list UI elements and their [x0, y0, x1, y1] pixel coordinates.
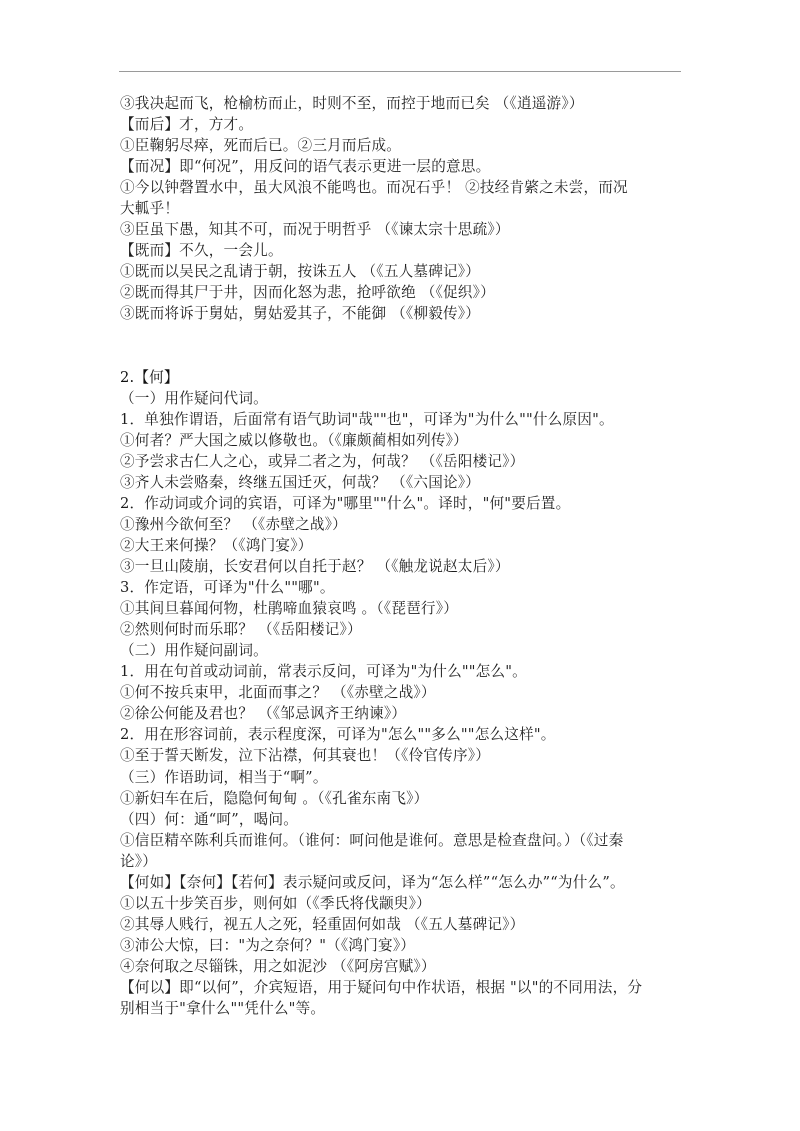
- text-line: 论》）: [120, 851, 682, 872]
- text-line: ①以五十步笑百步，则何如（《季氏将伐颛臾》）: [120, 893, 682, 914]
- subsection-heading: （三）作语助词，相当于“啊”。: [120, 767, 682, 788]
- text-line: ①今以钟磬置水中，虽大风浪不能鸣也。而况石乎！ ②技经肯綮之未尝，而况: [120, 177, 682, 198]
- text-line: ①何者？严大国之威以修敬也。（《廉颇蔺相如列传》）: [120, 430, 682, 451]
- text-line: ③臣虽下愚，知其不可，而况于明哲乎 （《谏太宗十思疏》）: [120, 219, 682, 240]
- subsection-heading: （四）何：通“呵”，喝问。: [120, 809, 682, 830]
- text-line: ①臣鞠躬尽瘁，死而后已。②三月而后成。: [120, 135, 682, 156]
- text-line: 1．单独作谓语，后面常有语气助词"哉""也"，可译为"为什么""什么原因"。: [120, 409, 682, 430]
- text-line: ④奈何取之尽锱铢，用之如泥沙 （《阿房宫赋》）: [120, 956, 682, 977]
- text-line: 3．作定语，可译为"什么""哪"。: [120, 577, 682, 598]
- text-line: ①何不按兵束甲，北面而事之？ （《赤壁之战》）: [120, 682, 682, 703]
- subsection-heading: （二）用作疑问副词。: [120, 640, 682, 661]
- text-line: ②既而得其尸于井，因而化怒为悲，抢呼欲绝 （《促织》）: [120, 282, 682, 303]
- text-line: 别相当于"拿什么""凭什么"等。: [120, 998, 682, 1019]
- term-heading-erhou: 【而后】才，方才。: [120, 114, 682, 135]
- text-line: ①其间旦暮闻何物，杜鹃啼血猿哀鸣 。（《琵琶行》）: [120, 598, 682, 619]
- header-rule: [119, 71, 681, 72]
- subsection-heading: （一）用作疑问代词。: [120, 388, 682, 409]
- text-line: ②其辱人贱行，视五人之死，轻重固何如哉 （《五人墓碑记》）: [120, 914, 682, 935]
- blank-line: [120, 325, 682, 346]
- text-line: ①既而以吴民之乱请于朝，按诛五人 （《五人墓碑记》）: [120, 261, 682, 282]
- text-line: ①新妇车在后，隐隐何甸甸 。（《孔雀东南飞》）: [120, 788, 682, 809]
- text-line: ③一旦山陵崩，长安君何以自托于赵？ （《触龙说赵太后》）: [120, 556, 682, 577]
- text-line: ②然则何时而乐耶？ （《岳阳楼记》）: [120, 619, 682, 640]
- text-line: ③既而将诉于舅姑，舅姑爱其子，不能御 （《柳毅传》）: [120, 303, 682, 324]
- term-heading-jier: 【既而】不久，一会儿。: [120, 240, 682, 261]
- term-heading-erkuang: 【而况】即“何况”，用反问的语气表示更进一层的意思。: [120, 156, 682, 177]
- text-line: ②徐公何能及君也？ （《邹忌讽齐王纳谏》）: [120, 703, 682, 724]
- text-line: ②大王来何操？（《鸿门宴》）: [120, 535, 682, 556]
- text-line: 2．用在形容词前，表示程度深，可译为"怎么""多么""怎么这样"。: [120, 724, 682, 745]
- text-line: 1．用在句首或动词前，常表示反问，可译为"为什么""怎么"。: [120, 661, 682, 682]
- text-line: ③我决起而飞，枪榆枋而止，时则不至，而控于地而已矣 （《逍遥游》）: [120, 93, 682, 114]
- term-heading-heyi: 【何以】即“以何”，介宾短语，用于疑问句中作状语，根据 "以"的不同用法，分: [120, 977, 682, 998]
- document-body: ③我决起而飞，枪榆枋而止，时则不至，而控于地而已矣 （《逍遥游》） 【而后】才，…: [120, 93, 682, 1019]
- term-heading-heru: 【何如】【奈何】【若何】表示疑问或反问，译为“怎么样”“怎么办”“为什么”。: [120, 872, 682, 893]
- text-line: ③沛公大惊，曰："为之奈何？"（《鸿门宴》）: [120, 935, 682, 956]
- text-line: 2．作动词或介词的宾语，可译为"哪里""什么"。译时，"何"要后置。: [120, 493, 682, 514]
- text-line: 大軱乎！: [120, 198, 682, 219]
- blank-line: [120, 346, 682, 367]
- text-line: ①信臣精卒陈利兵而谁何。（谁何：呵问他是谁何。意思是检查盘问。）（《过秦: [120, 830, 682, 851]
- text-line: ①豫州今欲何至？ （《赤壁之战》）: [120, 514, 682, 535]
- text-line: ①至于誓天断发，泣下沾襟，何其衰也！（《伶官传序》）: [120, 745, 682, 766]
- text-line: ③齐人未尝赂秦，终继五国迁灭，何哉？ （《六国论》）: [120, 472, 682, 493]
- section-heading-he: 2.【何】: [120, 367, 682, 388]
- text-line: ②予尝求古仁人之心，或异二者之为，何哉？ （《岳阳楼记》）: [120, 451, 682, 472]
